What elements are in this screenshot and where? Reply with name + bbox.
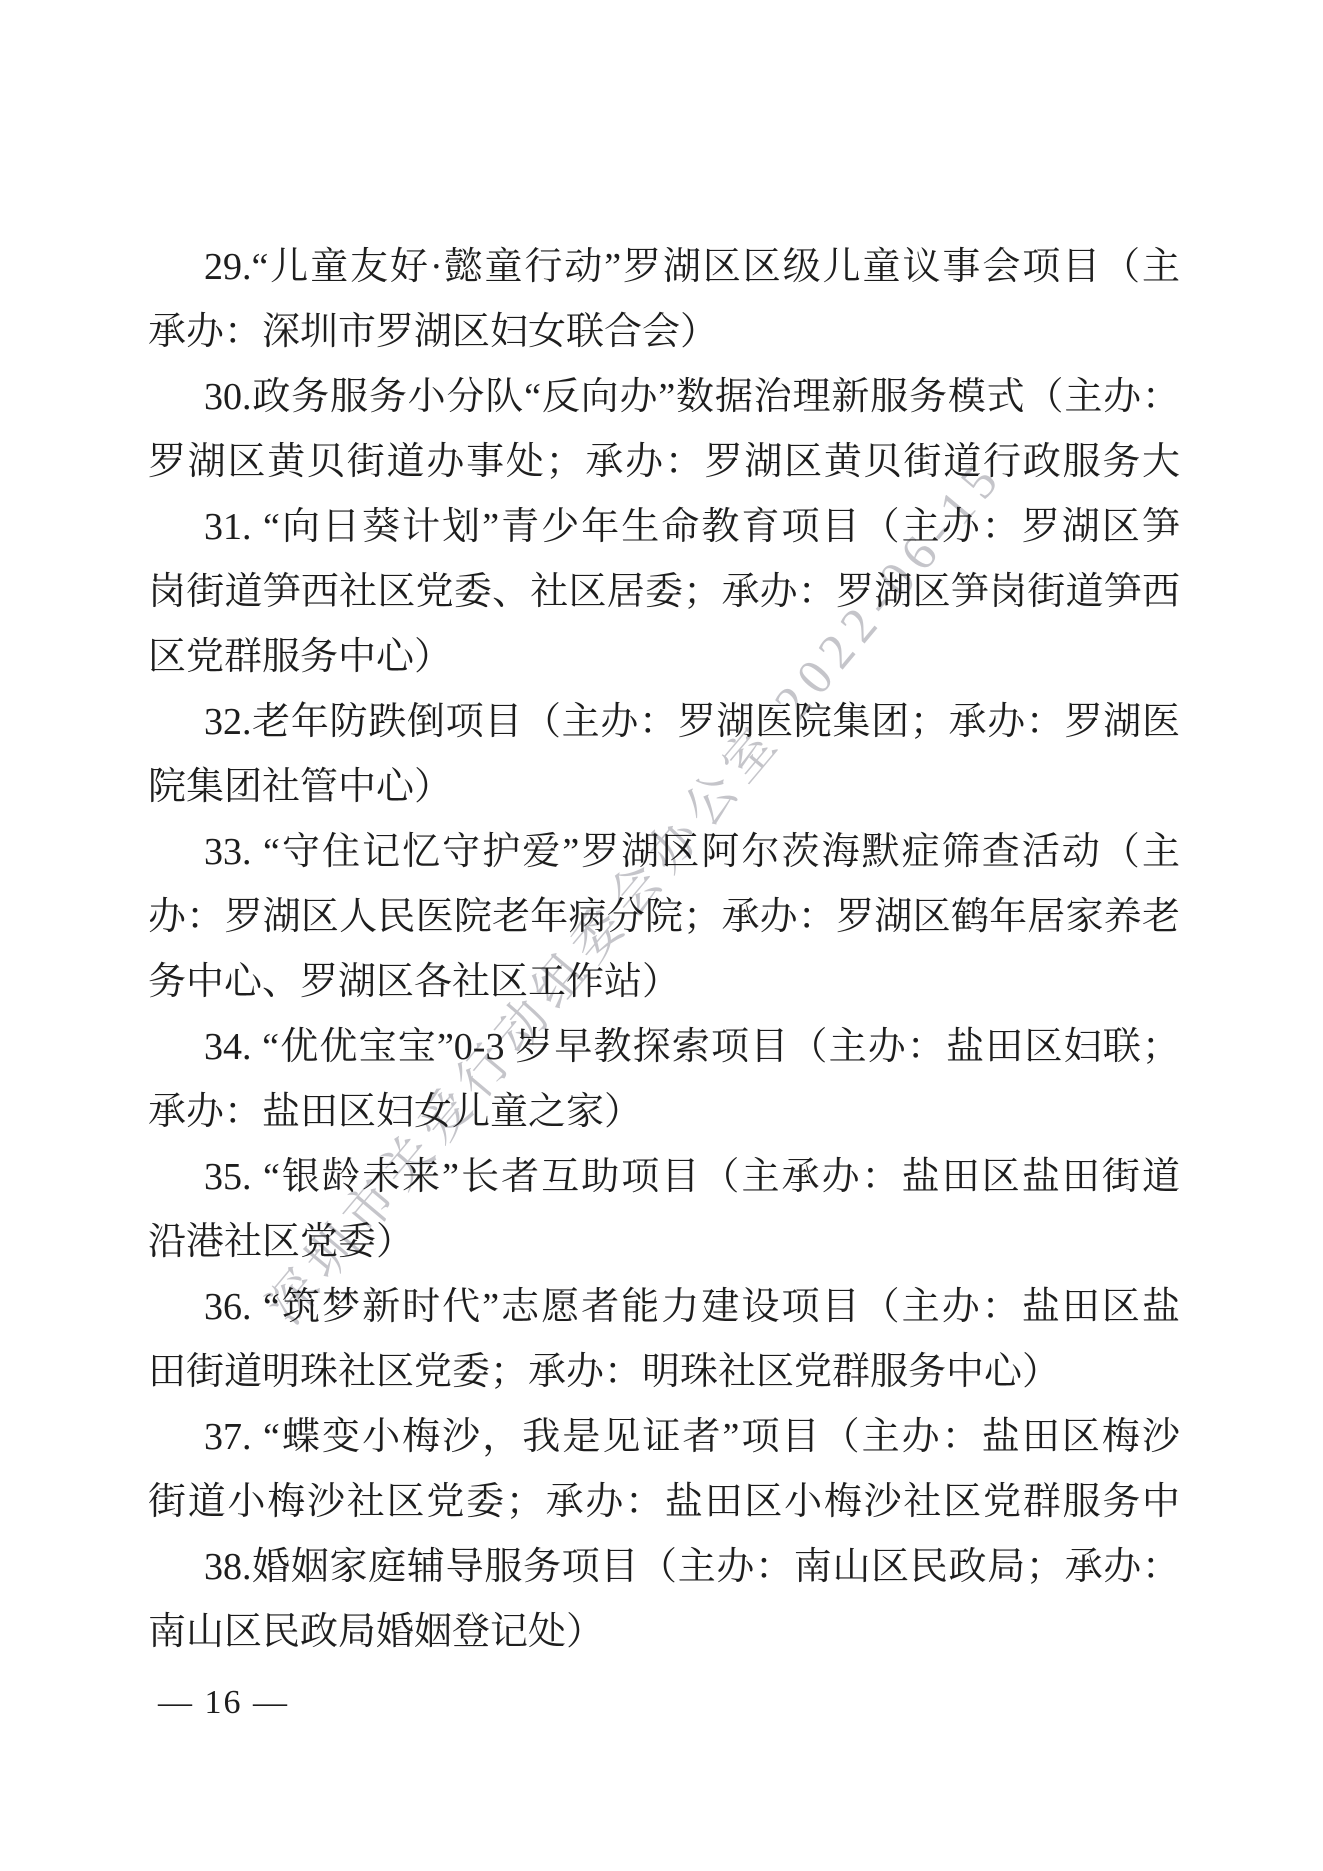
text-line: 34. “优优宝宝”0-3 岁早教探索项目（主办：盐田区妇联； — [148, 1015, 1180, 1080]
text-line: 办：罗湖区人民医院老年病分院；承办：罗湖区鹤年居家养老服 — [148, 885, 1180, 950]
text-line: 38.婚姻家庭辅导服务项目（主办：南山区民政局；承办： — [148, 1535, 1180, 1600]
text-line: 32.老年防跌倒项目（主办：罗湖医院集团；承办：罗湖医 — [148, 690, 1180, 755]
text-line: 罗湖区黄贝街道办事处；承办：罗湖区黄贝街道行政服务大厅） — [148, 430, 1180, 495]
text-line: 36. “筑梦新时代”志愿者能力建设项目（主办：盐田区盐 — [148, 1275, 1180, 1340]
text-line: 沿港社区党委） — [148, 1210, 1180, 1275]
text-line: 南山区民政局婚姻登记处） — [148, 1600, 1180, 1665]
document-page: 深圳市关爱行动组委会办公室 2022-06-15 29.“儿童友好·懿童行动”罗… — [0, 0, 1323, 1871]
text-line: 30.政务服务小分队“反向办”数据治理新服务模式（主办： — [148, 365, 1180, 430]
text-line: 31. “向日葵计划”青少年生命教育项目（主办：罗湖区笋 — [148, 495, 1180, 560]
text-line: 37. “蝶变小梅沙，我是见证者”项目（主办：盐田区梅沙 — [148, 1405, 1180, 1470]
text-block: 29.“儿童友好·懿童行动”罗湖区区级儿童议事会项目（主承办：深圳市罗湖区妇女联… — [148, 235, 1180, 1665]
text-line: 35. “银龄未来”长者互助项目（主承办：盐田区盐田街道 — [148, 1145, 1180, 1210]
text-line: 务中心、罗湖区各社区工作站） — [148, 950, 1180, 1015]
text-line: 33. “守住记忆守护爱”罗湖区阿尔茨海默症筛查活动（主 — [148, 820, 1180, 885]
text-line: 承办：深圳市罗湖区妇女联合会） — [148, 300, 1180, 365]
text-line: 区党群服务中心） — [148, 625, 1180, 690]
text-line: 街道小梅沙社区党委；承办：盐田区小梅沙社区党群服务中心） — [148, 1470, 1180, 1535]
footer-page-number: — 16 — — [158, 1680, 289, 1726]
text-line: 田街道明珠社区党委；承办：明珠社区党群服务中心） — [148, 1340, 1180, 1405]
text-line: 承办：盐田区妇女儿童之家） — [148, 1080, 1180, 1145]
text-line: 29.“儿童友好·懿童行动”罗湖区区级儿童议事会项目（主 — [148, 235, 1180, 300]
text-line: 院集团社管中心） — [148, 755, 1180, 820]
text-line: 岗街道笋西社区党委、社区居委；承办：罗湖区笋岗街道笋西社 — [148, 560, 1180, 625]
